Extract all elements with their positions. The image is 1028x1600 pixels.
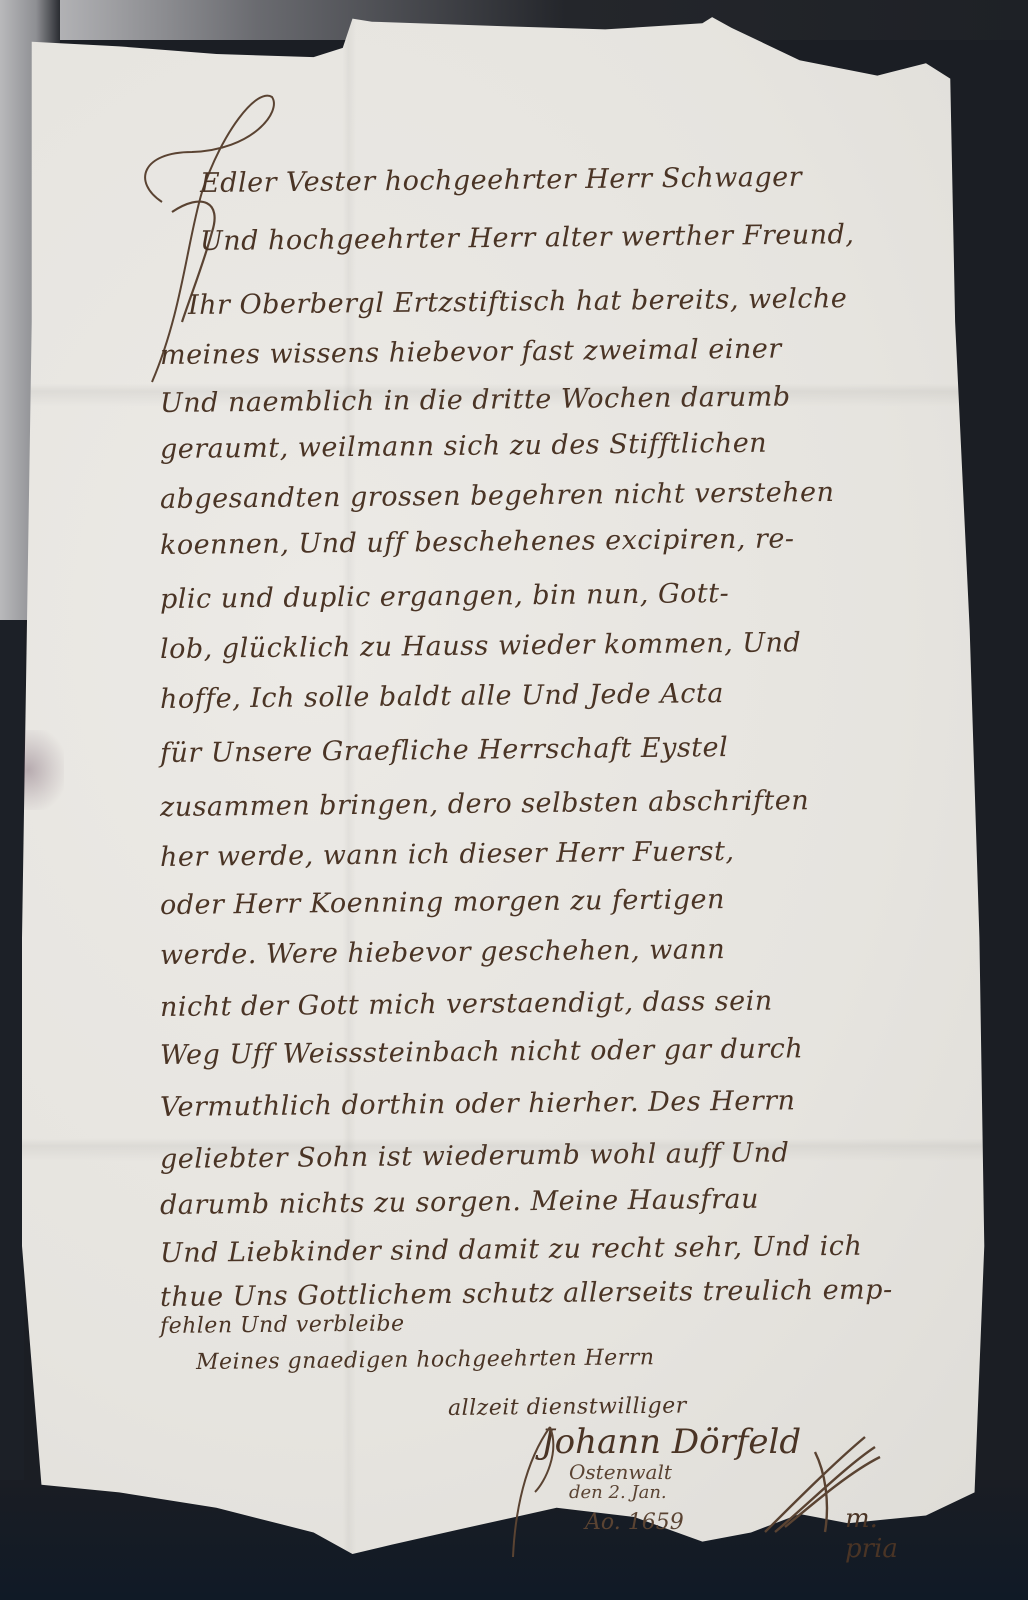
letter-line-7: abgesandten grossen begehren nicht verst… [160,477,835,515]
letter-line-14: her werde, wann ich dieser Herr Fuerst, [160,836,735,873]
signature-year: Ao. 1659 [585,1510,684,1535]
closing-line-1: Meines gnaedigen hochgeehrten Herrn [196,1345,655,1375]
letter-line-24: fehlen Und verbleibe [160,1311,405,1339]
signature-loop-icon [505,1422,565,1562]
signature-dateline: den 2. Jan. [569,1482,667,1503]
letter-line-16: werde. Were hiebevor geschehen, wann [160,934,725,971]
letter-line-3: Ihr Oberbergl Ertzstiftisch hat bereits,… [188,283,848,321]
letter-line-23: thue Uns Gottlichem schutz allerseits tr… [160,1274,893,1313]
closing-line-2: allzeit dienstwilliger [448,1394,687,1421]
letter-line-9: plic und duplic ergangen, bin nun, Gott- [160,578,729,615]
letter-line-13: zusammen bringen, dero selbsten abschrif… [160,785,809,823]
letter-line-1: Edler Vester hochgeehrter Herr Schwager [200,162,802,199]
letter-line-5: Und naemblich in die dritte Wochen darum… [160,381,791,419]
signature-block: Johann Dörfeld Ostenwalt den 2. Jan. Ao.… [505,1422,925,1582]
letter-line-12: für Unsere Graefliche Herrschaft Eystel [160,732,729,769]
letter-line-19: Vermuthlich dorthin oder hierher. Des He… [160,1085,796,1123]
letter-line-2: Und hochgeehrter Herr alter werther Freu… [200,219,855,257]
letter-line-20: geliebter Sohn ist wiederumb wohl auff U… [160,1137,790,1175]
letter-line-21: darumb nichts zu sorgen. Meine Hausfrau [160,1184,759,1221]
letter-line-10: lob, glücklich zu Hauss wieder kommen, U… [160,627,802,665]
letter-line-8: koennen, Und uff beschehenes excipiren, … [160,523,795,561]
letter-line-4: meines wissens hiebevor fast zweimal ein… [160,333,782,371]
letter-line-18: Weg Uff Weisssteinbach nicht oder gar du… [160,1033,804,1071]
signature-flourish-icon [755,1432,885,1542]
letter-line-15: oder Herr Koenning morgen zu fertigen [160,884,725,921]
signature-place: Ostenwalt [569,1460,672,1484]
letter-line-17: nicht der Gott mich verstaendigt, dass s… [160,986,773,1023]
letter-line-11: hoffe, Ich solle baldt alle Und Jede Act… [160,678,724,715]
letter-body: Edler Vester hochgeehrter Herr Schwager … [0,0,1028,1600]
letter-line-22: Und Liebkinder sind damit zu recht sehr,… [160,1231,863,1269]
letter-line-6: geraumt, weilmann sich zu des Stifftlich… [160,428,767,465]
